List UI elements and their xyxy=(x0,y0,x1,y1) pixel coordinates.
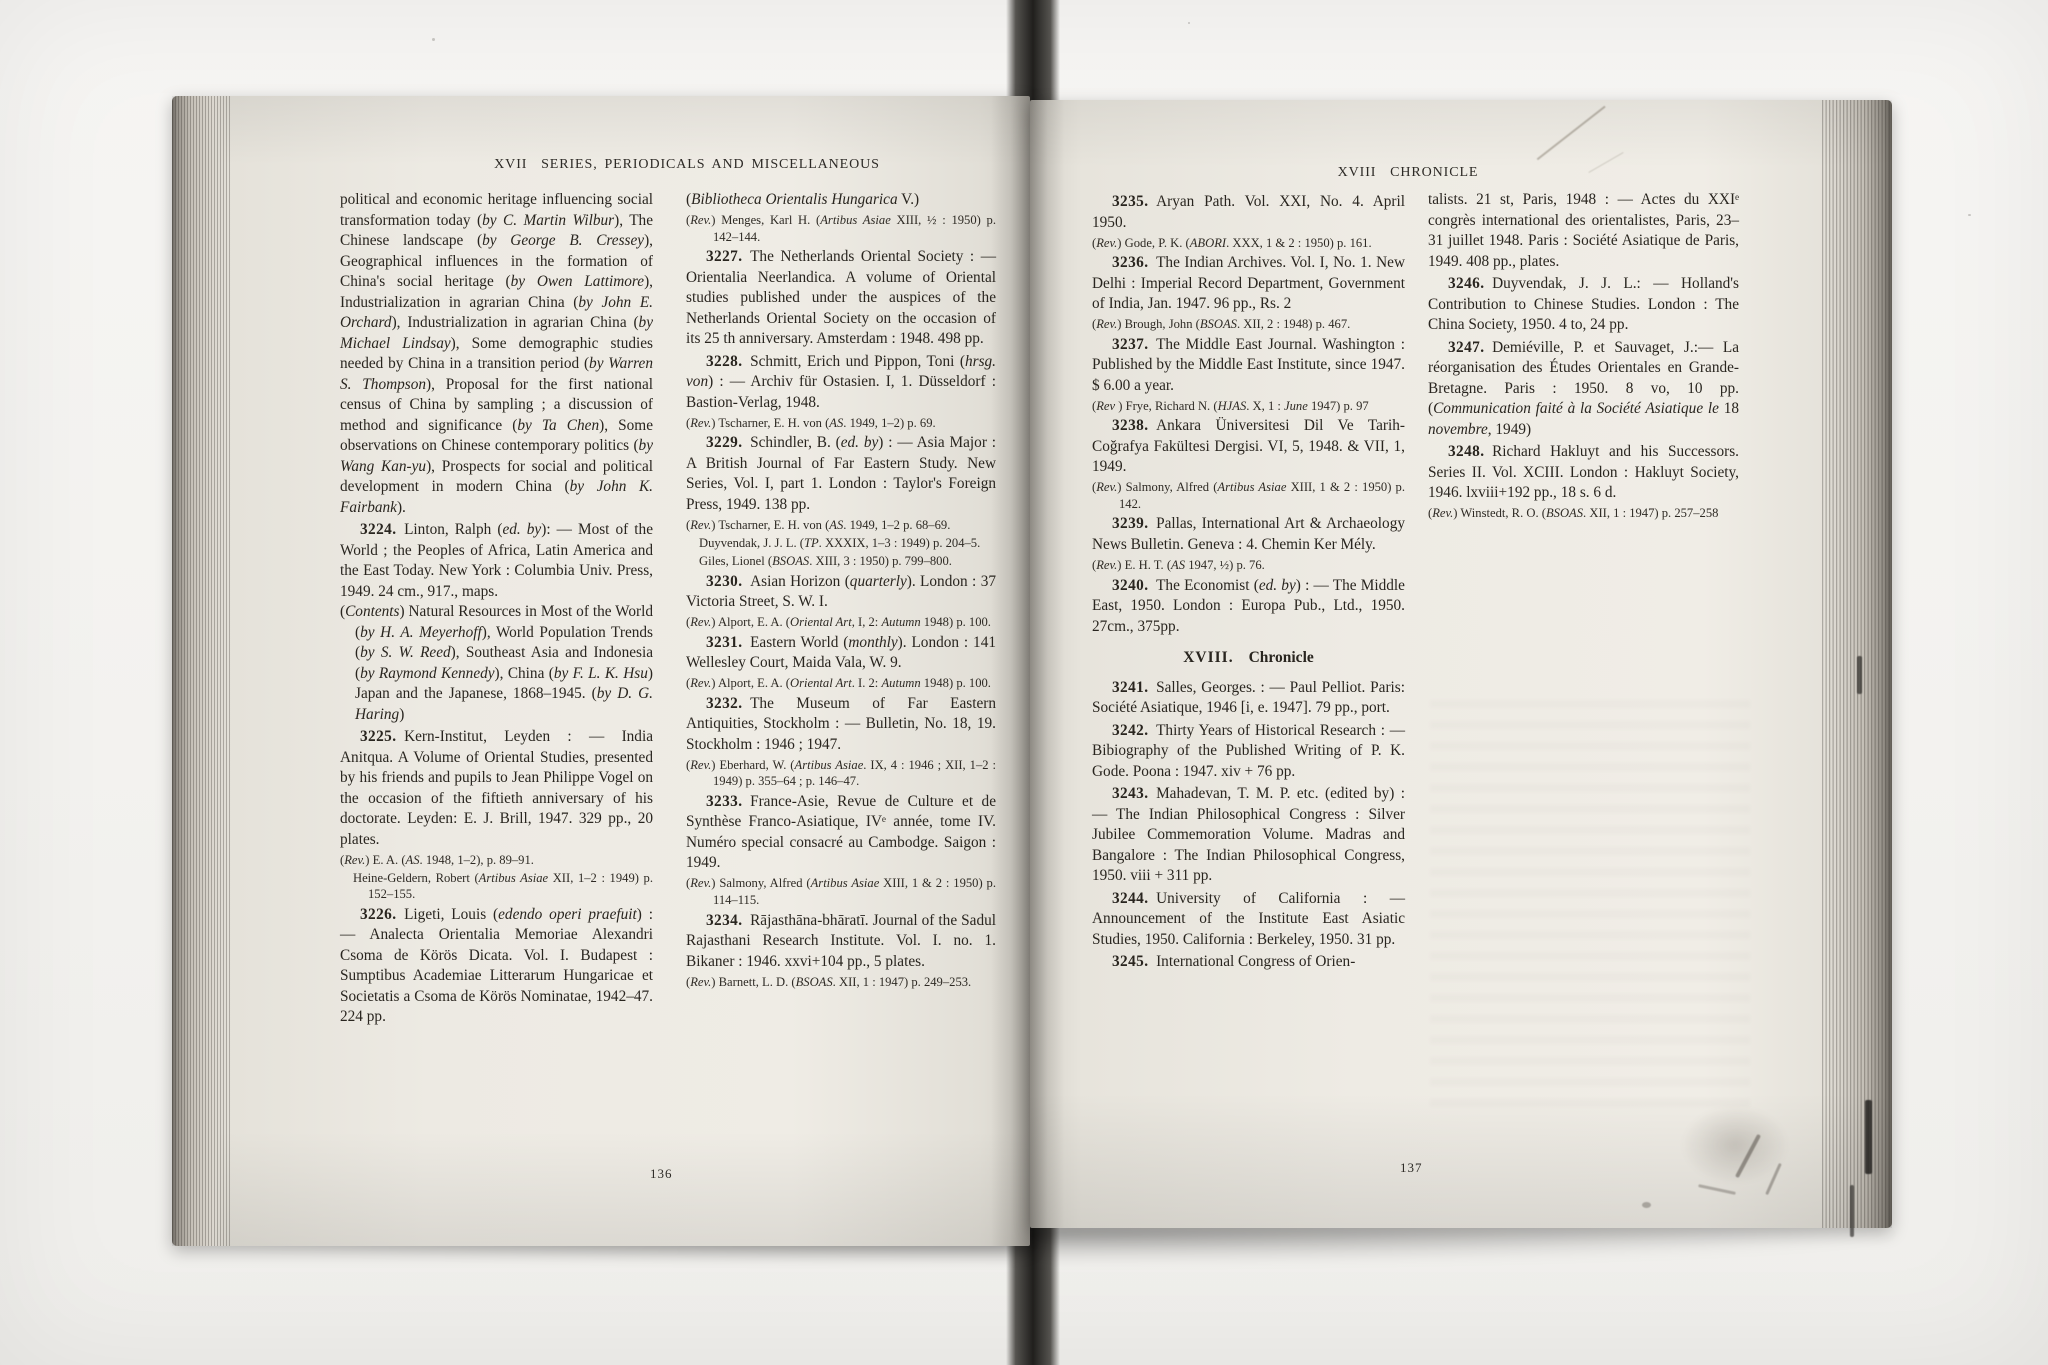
dust-speck xyxy=(432,38,435,41)
bibliography-entry: 3227. The Netherlands Oriental Society :… xyxy=(686,247,996,350)
bibliography-entry: 3232. The Museum of Far Eastern Antiquit… xyxy=(686,694,996,756)
smudge-streak xyxy=(1698,1184,1736,1195)
paragraph: (Bibliotheca Orientalis Hungarica V.) xyxy=(686,190,996,211)
bibliography-entry: 3225. Kern-Institut, Leyden : — India An… xyxy=(340,727,653,850)
review-citation: (Rev.) Brough, John (BSOAS. XII, 2 : 194… xyxy=(1092,316,1405,333)
review-citation: (Rev.) Barnett, L. D. (BSOAS. XII, 1 : 1… xyxy=(686,974,996,991)
right-page-column-2: talists. 21 st, Paris, 1948 : — Actes du… xyxy=(1428,190,1739,523)
left-page-column-2: (Bibliotheca Orientalis Hungarica V.)(Re… xyxy=(686,190,996,991)
bibliography-entry: 3243. Mahadevan, T. M. P. etc. (edited b… xyxy=(1092,784,1405,887)
bibliography-entry: 3239. Pallas, International Art & Archae… xyxy=(1092,514,1405,555)
paragraph: political and economic heritage influenc… xyxy=(340,190,653,518)
review-citation: Duyvendak, J. J. L. (TP. XXXIX, 1–3 : 19… xyxy=(699,535,996,552)
left-page-column-1: political and economic heritage influenc… xyxy=(340,190,653,1028)
review-citation: (Rev.) Alport, E. A. (Oriental Art. I. 2… xyxy=(686,675,996,692)
review-citation: (Rev.) Tscharner, E. H. von (AS. 1949, 1… xyxy=(686,517,996,534)
running-head-right: XVIII CHRONICLE xyxy=(1258,165,1558,181)
bibliography-entry: 3230. Asian Horizon (quarterly). London … xyxy=(686,572,996,613)
left-page: XVII SERIES, PERIODICALS AND MISCELLANEO… xyxy=(172,96,1030,1246)
review-citation: (Rev.) E. A. (AS. 1948, 1–2), p. 89–91. xyxy=(340,852,653,869)
bibliography-entry: 3226. Ligeti, Louis (edendo operi praefu… xyxy=(340,905,653,1028)
bibliography-entry: 3246. Duyvendak, J. J. L.: — Holland's C… xyxy=(1428,274,1739,336)
section-heading: XVIII.Chronicle xyxy=(1092,648,1405,669)
bibliography-entry: 3238. Ankara Üniversitesi Dil Ve Tarih-C… xyxy=(1092,416,1405,478)
running-head-left: XVII SERIES, PERIODICALS AND MISCELLANEO… xyxy=(412,157,962,173)
stain xyxy=(1660,1090,1810,1200)
bibliography-entry: 3233. France-Asie, Revue de Culture et d… xyxy=(686,792,996,874)
scratch-mark xyxy=(1588,152,1623,173)
smudge-streak xyxy=(1765,1163,1782,1195)
smudge-dot xyxy=(1642,1202,1651,1208)
fore-edge-mark xyxy=(1865,1100,1872,1174)
bibliography-entry: 3245. International Congress of Orien- xyxy=(1092,952,1405,973)
ink-bleed-through xyxy=(1430,700,1750,1120)
contents-note: (Contents) Natural Resources in Most of … xyxy=(340,602,653,725)
bibliography-entry: 3224. Linton, Ralph (ed. by): — Most of … xyxy=(340,520,653,602)
review-citation: (Rev.) Tscharner, E. H. von (AS. 1949, 1… xyxy=(686,415,996,432)
bibliography-entry: 3236. The Indian Archives. Vol. I, No. 1… xyxy=(1092,253,1405,315)
bibliography-entry: 3241. Salles, Georges. : — Paul Pelliot.… xyxy=(1092,678,1405,719)
scratch-mark xyxy=(1537,106,1606,160)
page-number-left: 136 xyxy=(650,1166,673,1182)
review-citation: (Rev.) Salmony, Alfred (Artibus Asiae XI… xyxy=(1092,479,1405,512)
bibliography-entry: 3229. Schindler, B. (ed. by) : — Asia Ma… xyxy=(686,433,996,515)
right-page-edge-stack xyxy=(1822,100,1892,1228)
bibliography-entry: 3237. The Middle East Journal. Washingto… xyxy=(1092,335,1405,397)
bibliography-entry: 3248. Richard Hakluyt and his Successors… xyxy=(1428,442,1739,504)
review-citation: Heine-Geldern, Robert (Artibus Asiae XII… xyxy=(353,870,653,903)
bibliography-entry: 3234. Rājasthāna-bhāratī. Journal of the… xyxy=(686,911,996,973)
bibliography-entry: 3247. Demiéville, P. et Sauvaget, J.:— L… xyxy=(1428,338,1739,441)
bibliography-entry: 3228. Schmitt, Erich und Pippon, Toni (h… xyxy=(686,352,996,414)
dust-speck xyxy=(1188,22,1190,24)
review-citation: (Rev ) Frye, Richard N. (HJAS. X, 1 : Ju… xyxy=(1092,398,1405,415)
bibliography-entry: 3235. Aryan Path. Vol. XXI, No. 4. April… xyxy=(1092,192,1405,233)
dust-speck xyxy=(1968,214,1971,216)
smudge-streak xyxy=(1735,1134,1761,1178)
review-citation: (Rev.) Salmony, Alfred (Artibus Asiae XI… xyxy=(686,875,996,908)
bibliography-entry: 3242. Thirty Years of Historical Researc… xyxy=(1092,721,1405,783)
review-citation: (Rev.) Alport, E. A. (Oriental Art, I, 2… xyxy=(686,614,996,631)
right-page: XVIII CHRONICLE 3235. Aryan Path. Vol. X… xyxy=(1030,100,1892,1228)
review-citation: (Rev.) E. H. T. (AS 1947, ½) p. 76. xyxy=(1092,557,1405,574)
review-citation: (Rev.) Winstedt, R. O. (BSOAS. XII, 1 : … xyxy=(1428,505,1739,522)
right-page-column-1: 3235. Aryan Path. Vol. XXI, No. 4. April… xyxy=(1092,190,1405,973)
bibliography-entry: 3231. Eastern World (monthly). London : … xyxy=(686,633,996,674)
review-citation: (Rev.) Eberhard, W. (Artibus Asiae. IX, … xyxy=(686,757,996,790)
review-citation: Giles, Lionel (BSOAS. XIII, 3 : 1950) p.… xyxy=(699,553,996,570)
bibliography-entry: 3240. The Economist (ed. by) : — The Mid… xyxy=(1092,576,1405,638)
book-scan-photo: XVII SERIES, PERIODICALS AND MISCELLANEO… xyxy=(0,0,2048,1365)
review-citation: (Rev.) Menges, Karl H. (Artibus Asiae XI… xyxy=(686,212,996,245)
left-page-edge-stack xyxy=(172,96,230,1246)
bibliography-entry: 3244. University of California : — Annou… xyxy=(1092,889,1405,951)
page-number-right: 137 xyxy=(1400,1160,1423,1176)
fore-edge-mark xyxy=(1857,656,1862,694)
fore-edge-mark xyxy=(1850,1185,1854,1237)
review-citation: (Rev.) Gode, P. K. (ABORI. XXX, 1 & 2 : … xyxy=(1092,235,1405,252)
paragraph: talists. 21 st, Paris, 1948 : — Actes du… xyxy=(1428,190,1739,272)
